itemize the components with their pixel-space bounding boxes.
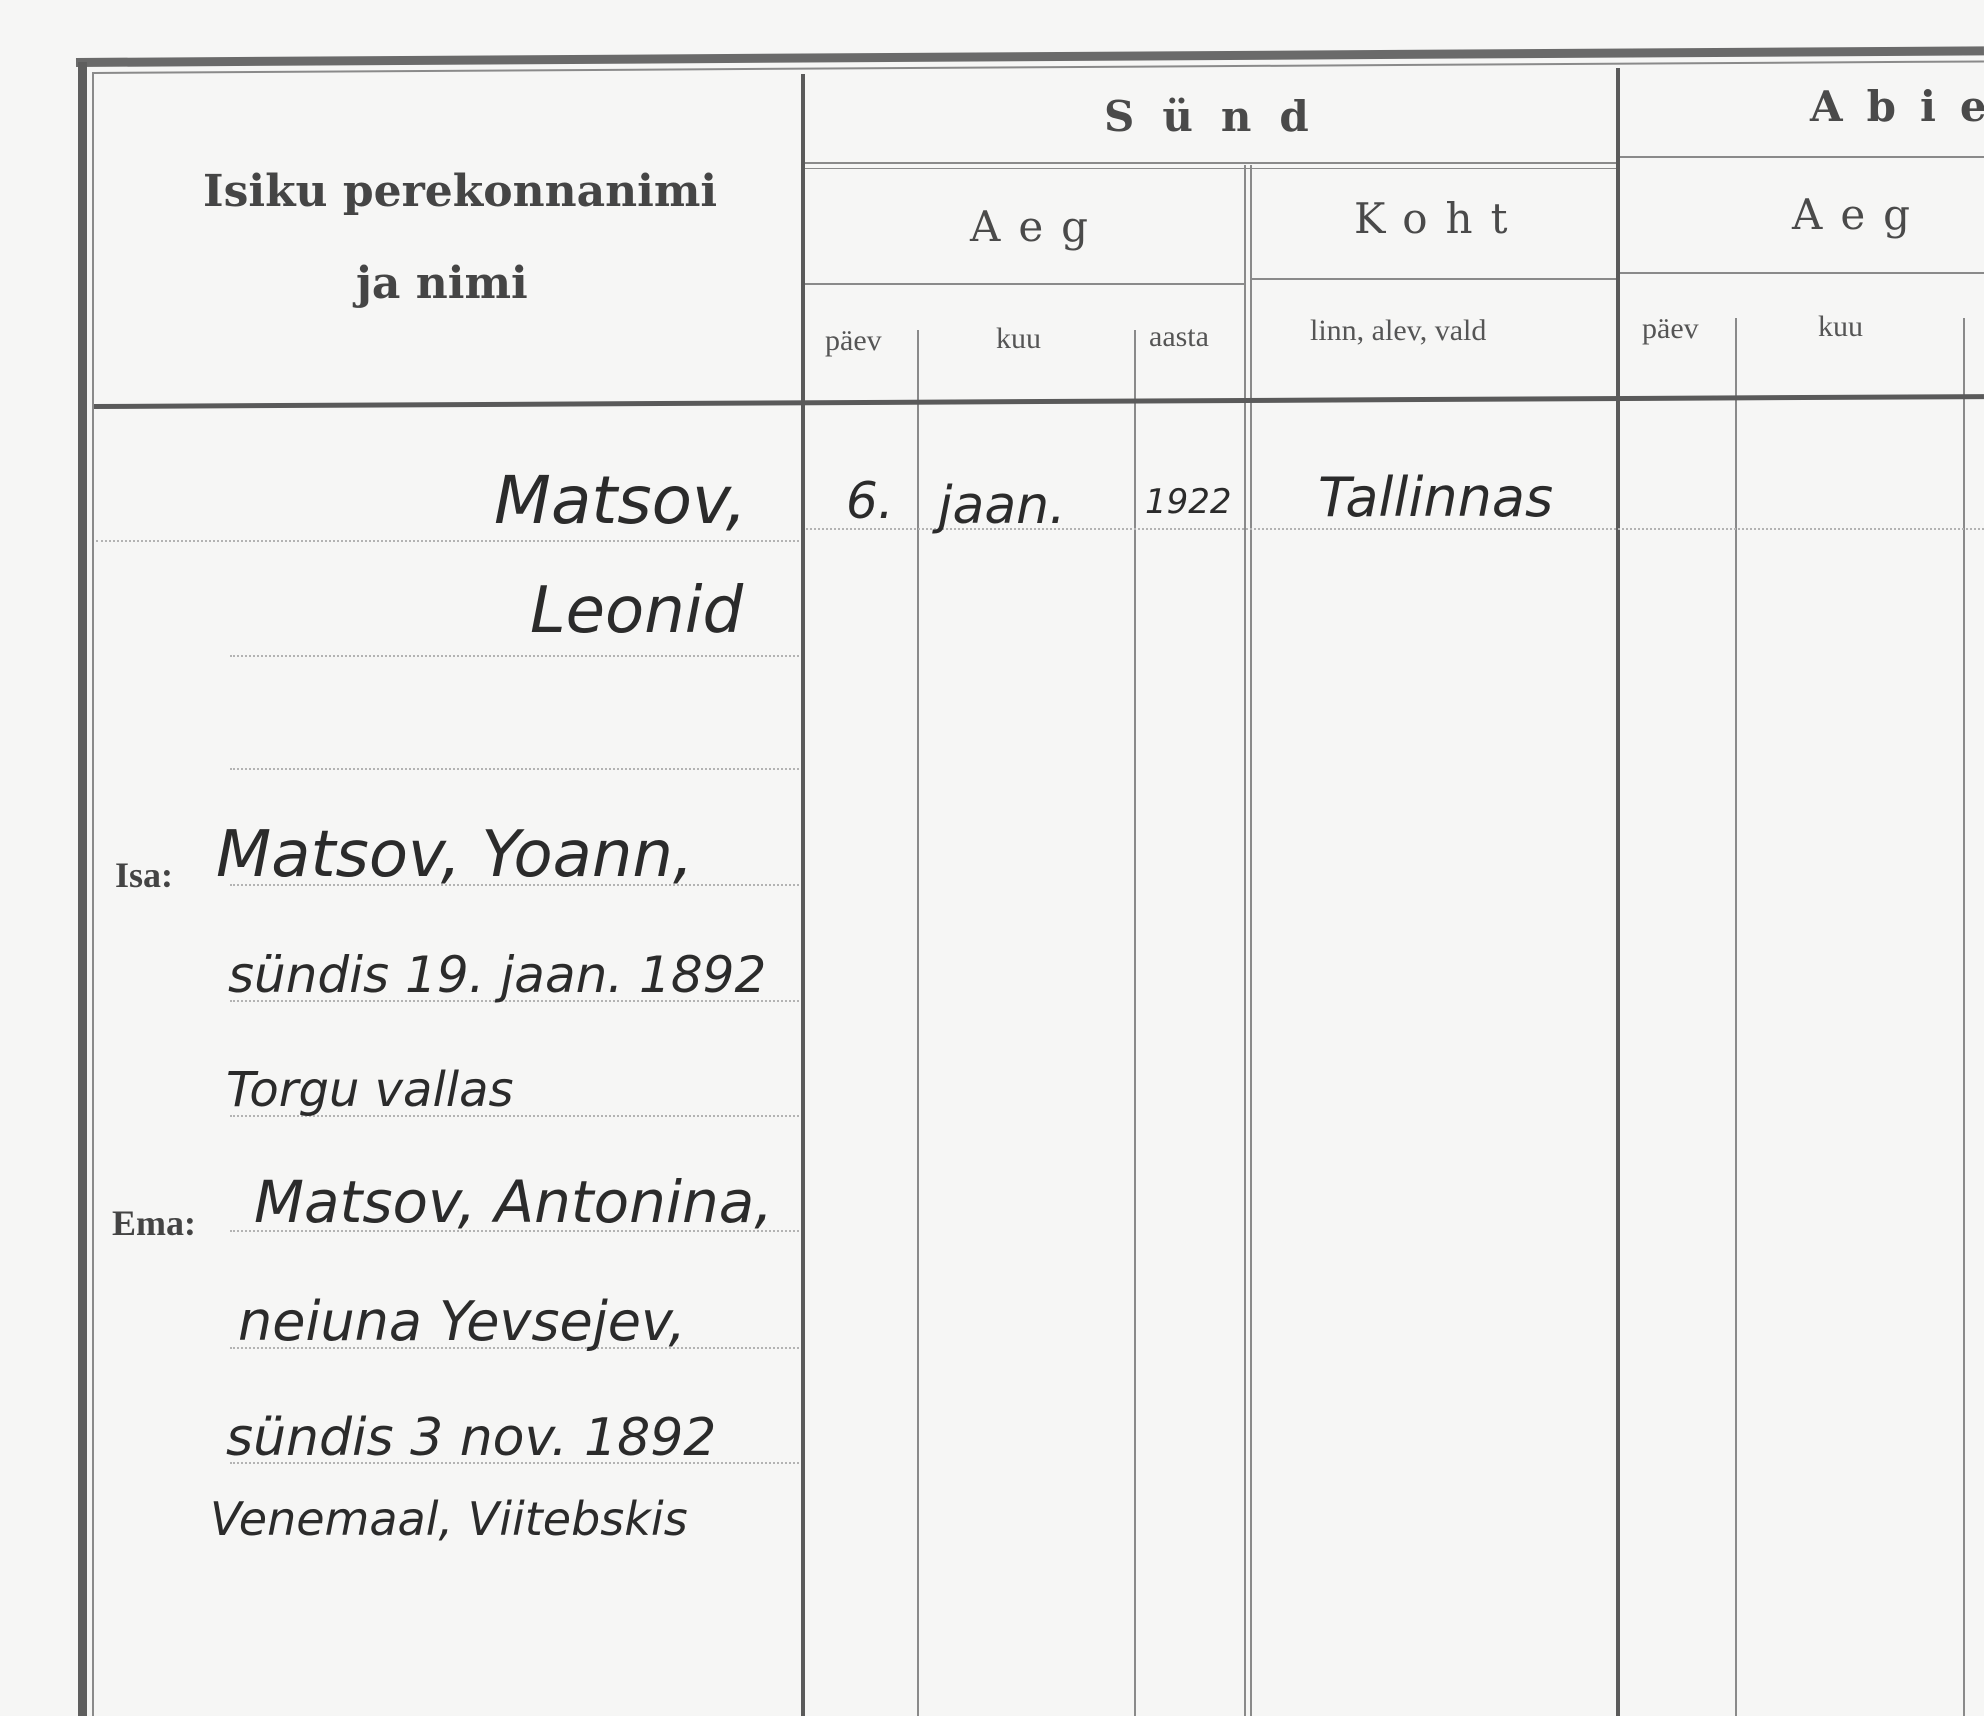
header-birth-year: aasta xyxy=(1149,320,1209,354)
record-surname: Matsov, xyxy=(494,462,747,539)
record-birth-year: 1922 xyxy=(1145,482,1232,522)
header-birth-time-title: Aeg xyxy=(970,202,1106,251)
birth-time-underline xyxy=(805,283,1246,285)
record-first-name: Leonid xyxy=(530,574,743,648)
birth-title-underline-2 xyxy=(805,168,1616,169)
father-line3: Torgu vallas xyxy=(226,1062,514,1118)
col-sep-day-month xyxy=(917,330,919,1716)
father-line1: Matsov, Yoann, xyxy=(216,818,693,892)
mother-line1: Matsov, Antonina, xyxy=(254,1168,773,1236)
guide-line xyxy=(230,768,799,770)
header-bottom-line xyxy=(94,394,1984,409)
guide-line xyxy=(96,540,799,542)
col-sep-month-year xyxy=(1134,330,1136,1716)
father-label: Isa: xyxy=(115,854,173,896)
header-name-line1: Isiku perekonnanimi xyxy=(203,166,717,217)
marriage-time-underline xyxy=(1620,272,1984,274)
header-birth-place-title: Koht xyxy=(1354,194,1525,243)
header-birth-title: Sünd xyxy=(1104,92,1337,141)
table-left-inner-line xyxy=(92,72,94,1716)
record-birth-day: 6. xyxy=(846,472,894,530)
mother-line4: Venemaal, Viitebskis xyxy=(210,1492,688,1546)
mother-line2: neiuna Yevsejev, xyxy=(238,1290,686,1353)
mother-label: Ema: xyxy=(112,1202,196,1244)
record-birth-month: jaan. xyxy=(938,476,1066,536)
birth-place-underline xyxy=(1252,278,1616,280)
father-line2: sündis 19. jaan. 1892 xyxy=(228,946,766,1004)
table-left-border xyxy=(78,62,87,1716)
col-sep-birth-marriage xyxy=(1616,68,1620,1716)
header-marriage-month: kuu xyxy=(1818,310,1863,344)
mother-line3: sündis 3 nov. 1892 xyxy=(226,1408,716,1468)
record-birth-place: Tallinnas xyxy=(1318,466,1553,529)
header-marriage-title: Abie xyxy=(1810,82,1984,131)
header-marriage-time-title: Aeg xyxy=(1792,190,1928,239)
header-birth-place-sub: linn, alev, vald xyxy=(1310,314,1486,348)
birth-title-underline xyxy=(805,162,1616,164)
header-birth-day: päev xyxy=(825,324,882,358)
guide-line xyxy=(230,655,799,657)
col-sep-name xyxy=(801,74,805,1716)
header-name-line2: ja nimi xyxy=(356,258,528,309)
header-birth-month: kuu xyxy=(996,322,1041,356)
marriage-title-underline xyxy=(1620,156,1984,158)
header-marriage-day: päev xyxy=(1642,312,1699,346)
